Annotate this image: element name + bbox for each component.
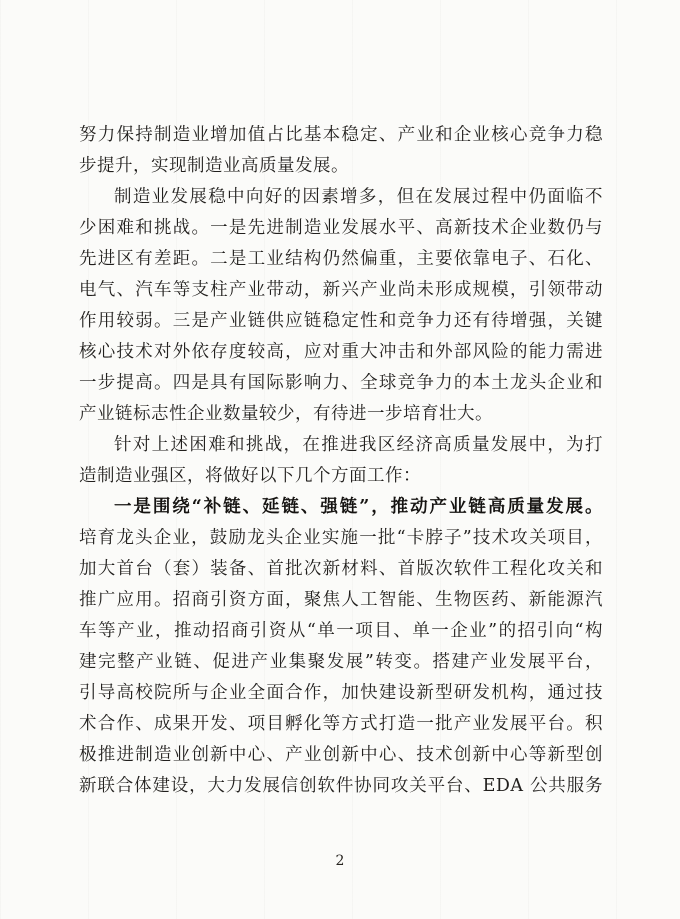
document-page: 努力保持制造业增加值占比基本稳定、产业和企业核心竞争力稳步提升，实现制造业高质量… (0, 0, 680, 919)
text-line: 核心技术对外依存度较高，应对重大冲击和外部风险的能力需进 (79, 337, 603, 368)
text-line: 少困难和挑战。一是先进制造业发展水平、高新技术企业数仍与 (79, 213, 603, 244)
text-line: 引导高校院所与企业全面合作，加快建设新型研发机构，通过技 (79, 678, 603, 709)
text-line: 加大首台（套）装备、首批次新材料、首版次软件工程化攻关和 (79, 554, 603, 585)
text-line: 一步提高。四是具有国际影响力、全球竞争力的本土龙头企业和 (79, 368, 603, 399)
text-line: 针对上述困难和挑战，在推进我区经济高质量发展中，为打 (79, 430, 603, 461)
document-body: 努力保持制造业增加值占比基本稳定、产业和企业核心竞争力稳步提升，实现制造业高质量… (79, 120, 603, 802)
text-line: 步提升，实现制造业高质量发展。 (79, 151, 603, 182)
text-line: 术合作、成果开发、项目孵化等方式打造一批产业发展平台。积 (79, 709, 603, 740)
text-line: 建完整产业链、促进产业集聚发展”转变。搭建产业发展平台， (79, 647, 603, 678)
text-line: 产业链标志性企业数量较少，有待进一步培育壮大。 (79, 399, 603, 430)
text-line: 电气、汽车等支柱产业带动，新兴产业尚未形成规模，引领带动 (79, 275, 603, 306)
text-line: 推广应用。招商引资方面，聚焦人工智能、生物医药、新能源汽 (79, 585, 603, 616)
page-number: 2 (0, 853, 680, 869)
text-line: 造制造业强区，将做好以下几个方面工作： (79, 461, 603, 492)
text-line: 作用较弱。三是产业链供应链稳定性和竞争力还有待增强，关键 (79, 306, 603, 337)
text-line: 车等产业，推动招商引资从“单一项目、单一企业”的招引向“构 (79, 616, 603, 647)
text-line: 培育龙头企业，鼓励龙头企业实施一批“卡脖子”技术攻关项目， (79, 523, 603, 554)
text-line: 一是围绕“补链、延链、强链”，推动产业链高质量发展。 (79, 492, 603, 523)
text-line: 新联合体建设，大力发展信创软件协同攻关平台、EDA 公共服务 (79, 771, 603, 802)
text-line: 先进区有差距。二是工业结构仍然偏重，主要依靠电子、石化、 (79, 244, 603, 275)
text-line: 极推进制造业创新中心、产业创新中心、技术创新中心等新型创 (79, 740, 603, 771)
text-line: 努力保持制造业增加值占比基本稳定、产业和企业核心竞争力稳 (79, 120, 603, 151)
text-line: 制造业发展稳中向好的因素增多，但在发展过程中仍面临不 (79, 182, 603, 213)
